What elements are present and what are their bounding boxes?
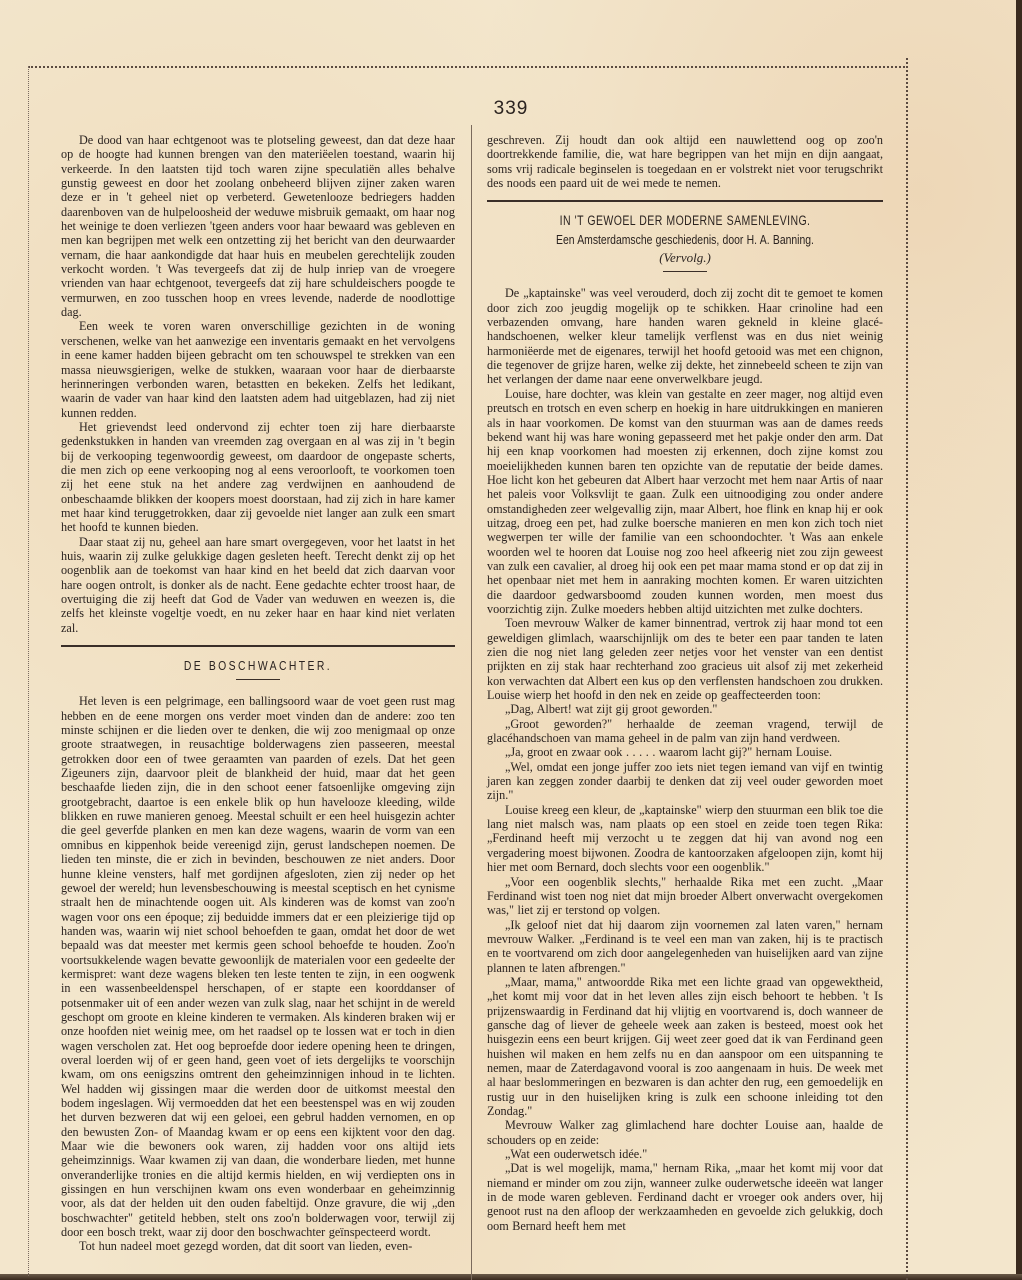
paragraph: Tot hun nadeel moet gezegd worden, dat d… bbox=[61, 1239, 455, 1253]
paragraph: Louise, hare dochter, was klein van gest… bbox=[487, 387, 883, 617]
left-column: De dood van haar echtgenoot was te plots… bbox=[61, 133, 455, 1254]
dotted-frame-right bbox=[906, 58, 908, 1280]
paragraph: Mevrouw Walker zag glimlachend hare doch… bbox=[487, 1118, 883, 1147]
right-column: geschreven. Zij houdt dan ook altijd een… bbox=[487, 133, 883, 1233]
paragraph: „Ja, groot en zwaar ook . . . . . waarom… bbox=[487, 745, 883, 759]
title-underline bbox=[663, 271, 707, 272]
paragraph: Toen mevrouw Walker de kamer binnentrad,… bbox=[487, 616, 883, 702]
column-divider bbox=[471, 125, 472, 1280]
section-divider bbox=[61, 645, 455, 647]
continued-label: (Vervolg.) bbox=[487, 251, 883, 265]
dotted-frame-top bbox=[28, 66, 908, 68]
paragraph: De dood van haar echtgenoot was te plots… bbox=[61, 133, 455, 319]
paragraph: Daar staat zij nu, geheel aan hare smart… bbox=[61, 535, 455, 635]
section-title: DE BOSCHWACHTER. bbox=[100, 659, 415, 673]
paragraph: „Maar, mama," antwoordde Rika met een li… bbox=[487, 975, 883, 1118]
paragraph: Louise kreeg een kleur, de „kaptainske" … bbox=[487, 803, 883, 875]
dotted-frame-left bbox=[28, 66, 29, 1276]
title-underline bbox=[236, 679, 280, 680]
paragraph: „Wat een ouderwetsch idée." bbox=[487, 1147, 883, 1161]
paragraph: „Ik geloof niet dat hij daarom zijn voor… bbox=[487, 918, 883, 975]
page-number: 339 bbox=[0, 98, 1022, 120]
paragraph: Het grievendst leed ondervond zij echter… bbox=[61, 420, 455, 535]
paragraph: „Dat is wel mogelijk, mama," hernam Rika… bbox=[487, 1161, 883, 1233]
paragraph: De „kaptainske" was veel verouderd, doch… bbox=[487, 286, 883, 386]
paragraph: „Dag, Albert! wat zijt gij groot geworde… bbox=[487, 702, 883, 716]
section-divider bbox=[487, 200, 883, 202]
page-edge-right bbox=[1016, 0, 1022, 1280]
story-title: IN 'T GEWOEL DER MODERNE SAMENLEVING. bbox=[531, 214, 840, 228]
page-edge-bottom bbox=[0, 1274, 1022, 1280]
paragraph: Een week te voren waren onverschillige g… bbox=[61, 319, 455, 419]
paragraph: „Groot geworden?" herhaalde de zeeman vr… bbox=[487, 717, 883, 746]
paragraph: „Wel, omdat een jonge juffer zoo iets ni… bbox=[487, 760, 883, 803]
paragraph: Het leven is een pelgrimage, een balling… bbox=[61, 694, 455, 1239]
story-subtitle: Een Amsterdamsche geschiedenis, door H. … bbox=[527, 233, 844, 247]
paragraph: geschreven. Zij houdt dan ook altijd een… bbox=[487, 133, 883, 190]
paragraph: „Voor een oogenblik slechts," herhaalde … bbox=[487, 875, 883, 918]
